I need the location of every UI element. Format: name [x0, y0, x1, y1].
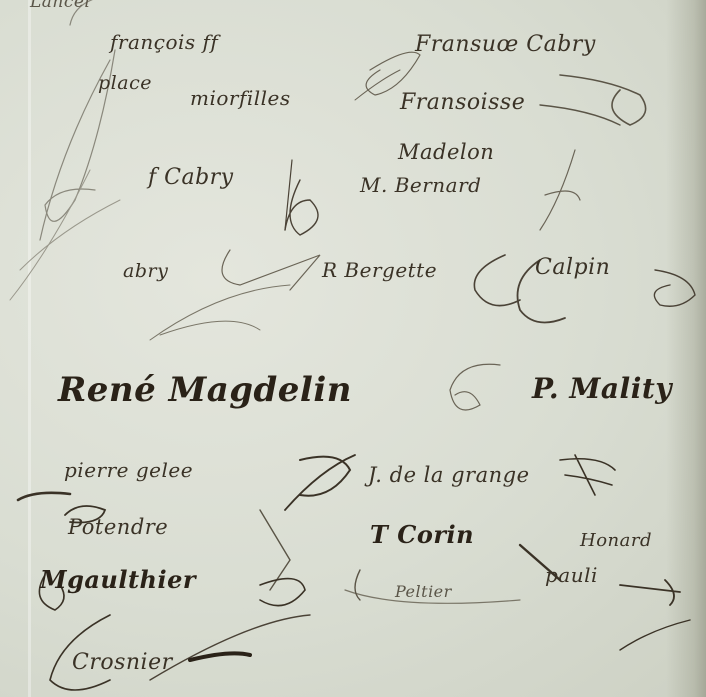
signature-pauli: pauli: [545, 563, 598, 587]
signature-rene-magdelin: René Magdelin: [58, 370, 352, 410]
signature-calpin: Calpin: [535, 255, 610, 280]
signature-madelon: Madelon: [398, 140, 494, 164]
signature-faint-lower: Peltier: [395, 582, 452, 601]
signature-cabry-small: abry: [123, 260, 168, 282]
signature-f-cabry: f Cabry: [148, 165, 234, 190]
signature-m-bernard: M. Bernard: [360, 173, 481, 197]
signature-p-mality: P. Mality: [532, 372, 672, 405]
signature-miorfilles: miorfilles: [190, 86, 291, 110]
signature-j-de-la-grange: J. de la grange: [368, 463, 530, 487]
signature-place: place: [98, 72, 152, 94]
manuscript-page: Lancelfrançois ffplacemiorfillesFransuœ …: [0, 0, 706, 697]
signature-pierre-gelee: pierre gelee: [64, 458, 193, 482]
signature-top-left-fragment: Lancel: [30, 0, 90, 12]
signature-m-gaulthier: Mgaulthier: [40, 565, 196, 594]
signature-r-bergette: R Bergette: [322, 258, 437, 282]
signature-t-corin: T Corin: [370, 520, 474, 549]
signature-francois: françois ff: [110, 30, 218, 54]
signature-fransoise: Fransoisse: [400, 90, 525, 115]
signature-crosnier: Crosnier: [72, 650, 173, 675]
signature-honard: Honard: [580, 530, 652, 551]
signature-potendre: Potendre: [68, 515, 168, 539]
signature-francoise-cabry: Fransuœ Cabry: [415, 32, 596, 57]
